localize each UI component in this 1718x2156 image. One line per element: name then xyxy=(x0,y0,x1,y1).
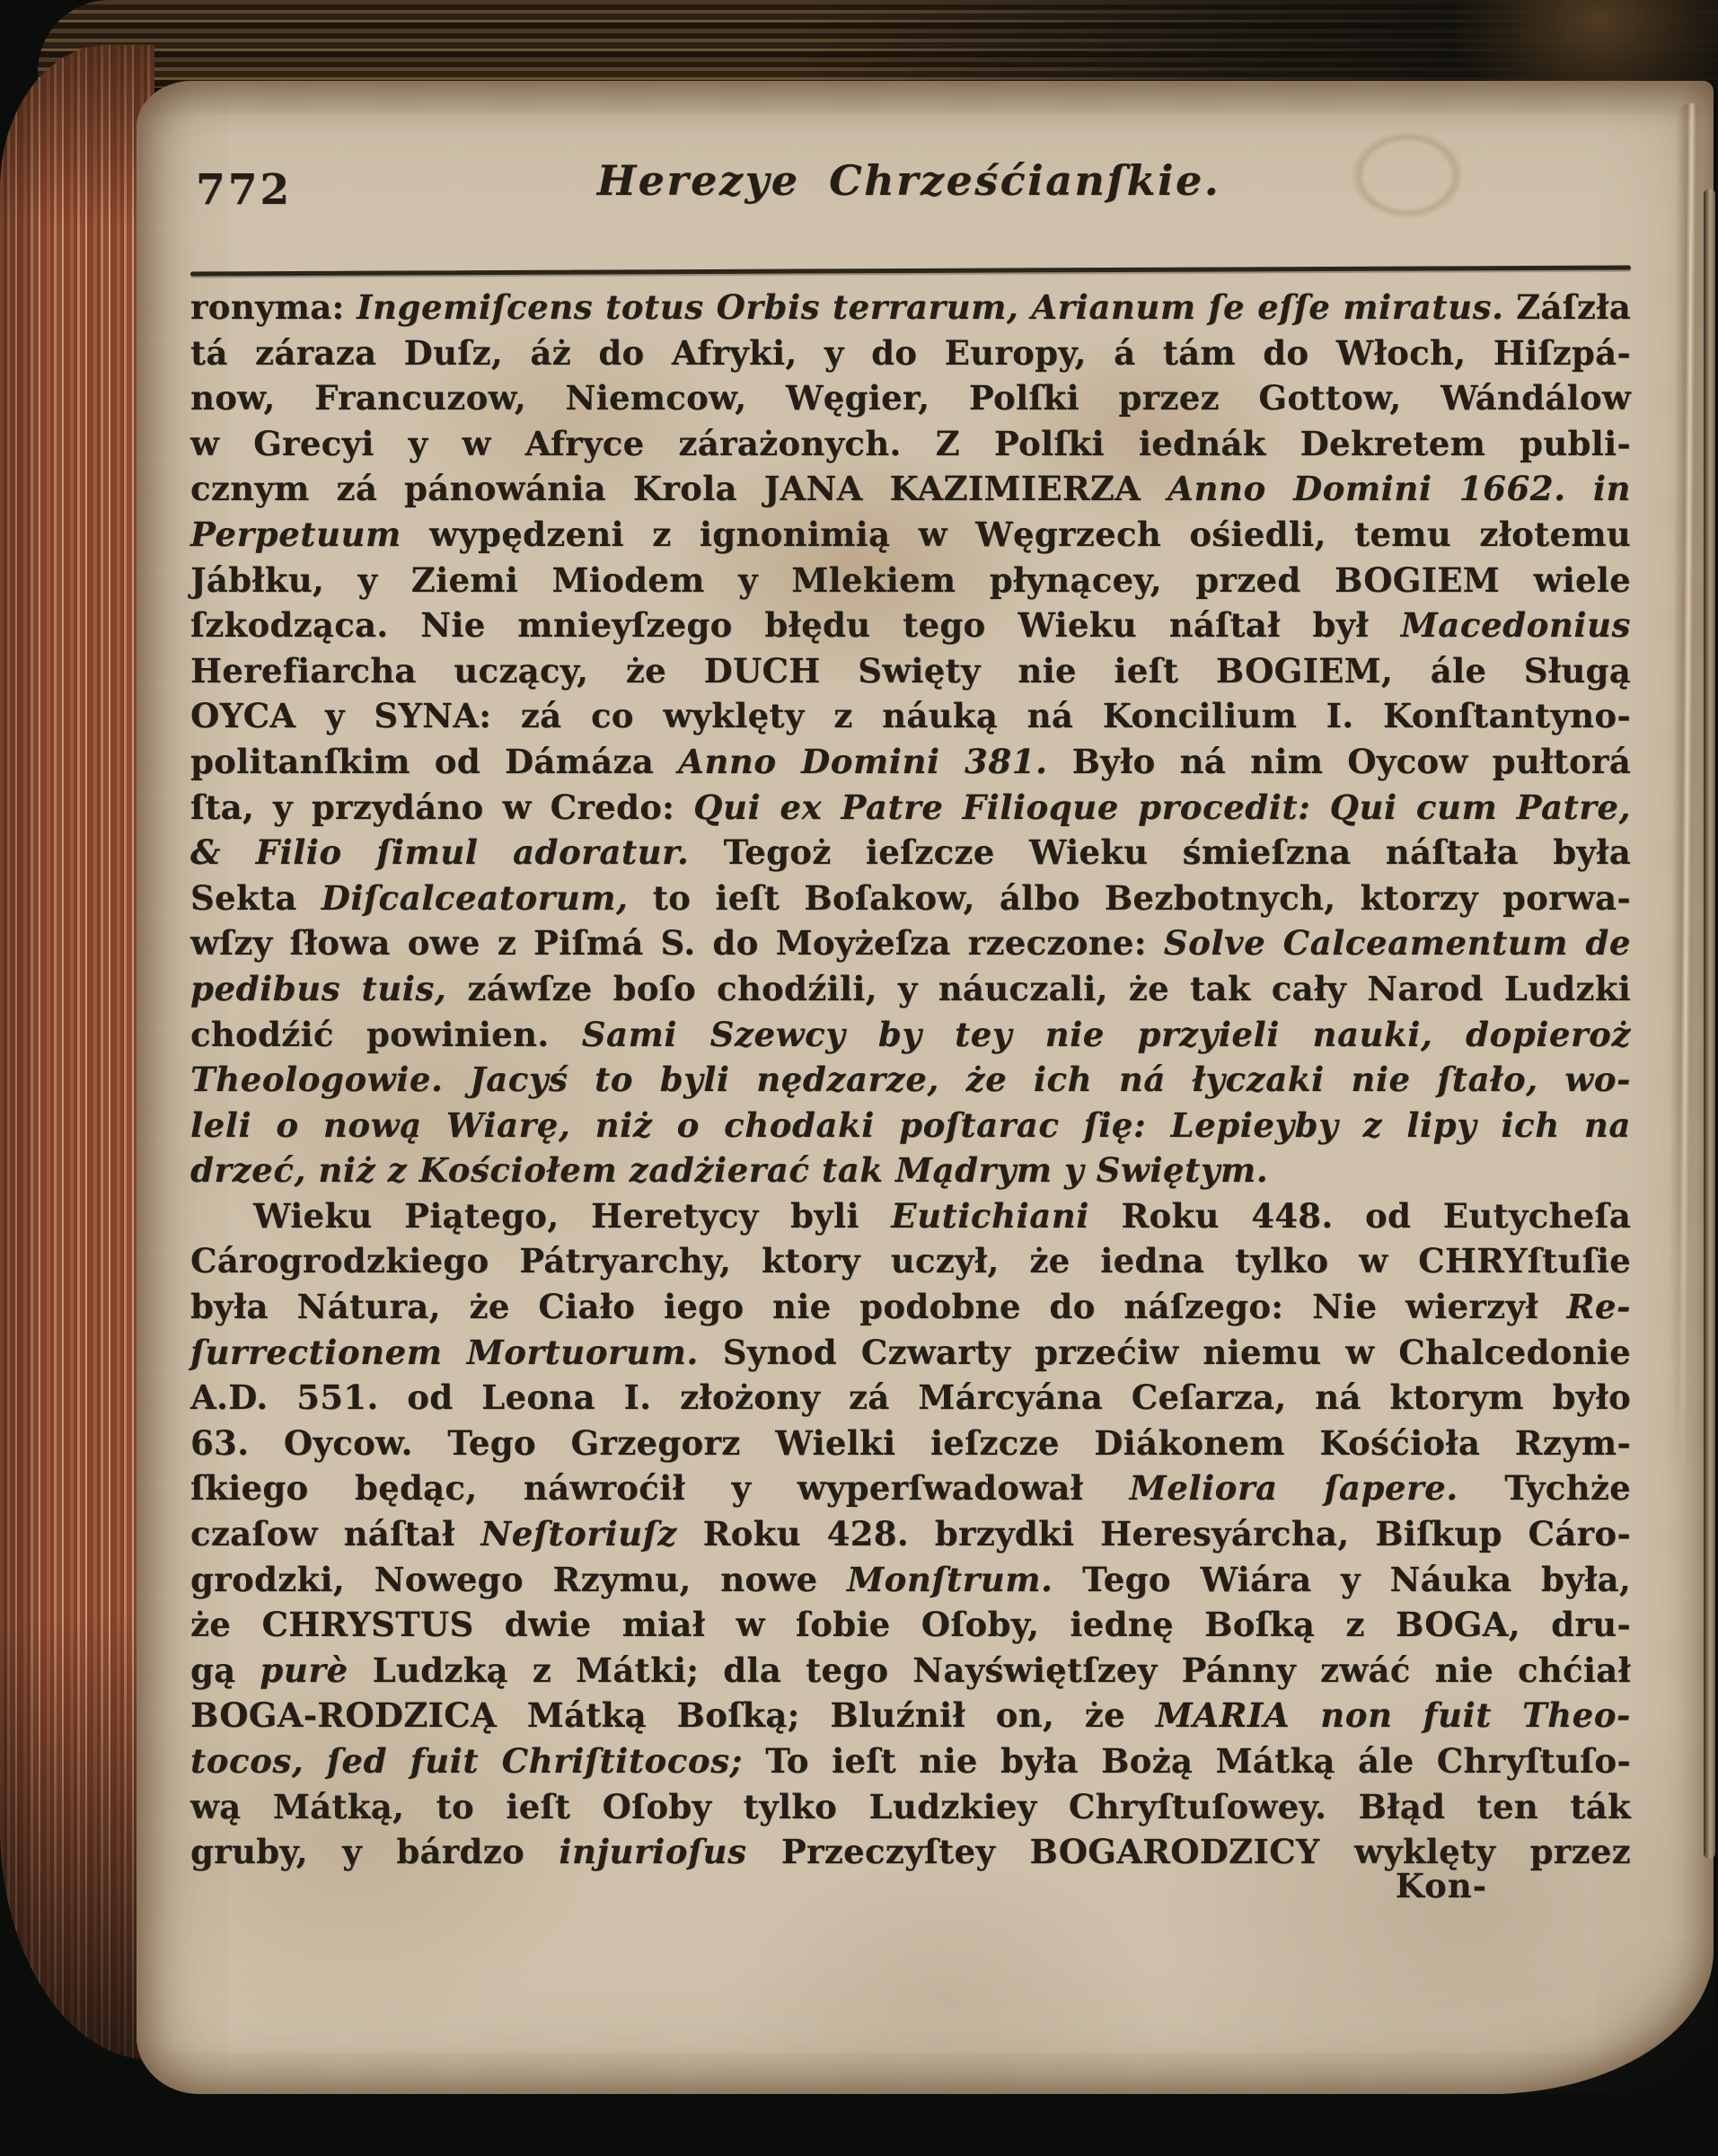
italic-text-segment: Sami Szewcy by tey nie przyieli nauki, d… xyxy=(582,1015,1631,1054)
italic-text-segment: ſurrectionem Mortuorum. xyxy=(190,1333,699,1372)
italic-text-segment: Qui ex Patre Filioque procedit: Qui cum … xyxy=(693,788,1631,827)
text-segment: Wieku Piątego, Heretycy byli xyxy=(253,1196,891,1236)
text-segment: że CHRYSTUS dwie miał w ſobie Oſoby, ied… xyxy=(190,1605,1631,1644)
text-segment: wypędzeni z ignonimią w Węgrzech ośiedli… xyxy=(401,515,1631,554)
text-line: ronyma: Ingemiſcens totus Orbis terrarum… xyxy=(190,285,1631,330)
text-line: politanſkim od Dámáza Anno Domini 381. B… xyxy=(190,739,1631,785)
text-segment: Ludzką z Mátki; dla tego Nayświętſzey Pá… xyxy=(348,1650,1631,1690)
text-segment: Tegoż ieſzcze Wieku śmieſzna náſtała był… xyxy=(689,832,1631,872)
italic-text-segment: Solve Calceamentum de xyxy=(1164,923,1631,963)
italic-text-segment: Diſcalceatorum, xyxy=(322,878,629,918)
italic-text-segment: Theologowie. Jacyś to byli nędzarze, że … xyxy=(190,1060,1631,1099)
italic-text-segment: & Filio ſimul adoratur. xyxy=(190,832,689,872)
text-segment: grodzki, Nowego Rzymu, nowe xyxy=(190,1560,847,1599)
italic-text-segment: Anno Domini 1662. in xyxy=(1167,469,1631,508)
text-segment: A.D. 551. od Leona I. złożony zá Márcyán… xyxy=(190,1377,1631,1417)
text-line: tá záraza Duſz, áż do Afryki, y do Europ… xyxy=(190,330,1631,376)
text-segment: wſzy ſłowa owe z Piſmá S. do Moyżeſza rz… xyxy=(190,923,1164,963)
text-line: gą purè Ludzką z Mátki; dla tego Nayświę… xyxy=(190,1648,1631,1694)
text-line: leli o nową Wiarę, niż o chodaki poſtara… xyxy=(190,1103,1631,1148)
text-segment: Roku 448. od Eutycheſa xyxy=(1089,1196,1631,1236)
italic-text-segment: Re- xyxy=(1567,1287,1631,1326)
text-line: była Nátura, że Ciało iego nie podobne d… xyxy=(190,1284,1631,1330)
text-segment: Jábłku, y Ziemi Miodem y Mlekiem płynące… xyxy=(190,560,1631,600)
italic-text-segment: Neſtoriuſz xyxy=(480,1514,676,1553)
text-line: & Filio ſimul adoratur. Tegoż ieſzcze Wi… xyxy=(190,830,1631,876)
text-line: Theologowie. Jacyś to byli nędzarze, że … xyxy=(190,1057,1631,1103)
text-segment: ſta, y przydáno w Credo: xyxy=(190,788,693,827)
text-segment: gą xyxy=(190,1650,260,1690)
text-line: Perpetuum wypędzeni z ignonimią w Węgrze… xyxy=(190,512,1631,558)
text-line: Wieku Piątego, Heretycy byli Eutichiani … xyxy=(190,1193,1631,1239)
text-line: ſurrectionem Mortuorum. Synod Czwarty pr… xyxy=(190,1330,1631,1376)
italic-text-segment: purè xyxy=(260,1650,348,1690)
text-line: ſta, y przydáno w Credo: Qui ex Patre Fi… xyxy=(190,785,1631,831)
page-right-edge-sliver xyxy=(1704,189,1715,1859)
text-line: chodźić powinien. Sami Szewcy by tey nie… xyxy=(190,1012,1631,1058)
italic-text-segment: Meliora ſapere. xyxy=(1130,1468,1458,1508)
italic-text-segment: leli o nową Wiarę, niż o chodaki poſtara… xyxy=(190,1105,1631,1145)
text-line: czaſow náſtał Neſtoriuſz Roku 428. brzyd… xyxy=(190,1511,1631,1557)
text-segment: ronyma: xyxy=(190,287,357,327)
text-segment: Tego Wiára y Náuka była, xyxy=(1053,1560,1631,1599)
text-segment: chodźić powinien. xyxy=(190,1015,582,1054)
page-number: 772 xyxy=(196,165,292,215)
text-line: ſzkodząca. Nie mnieyſzego błędu tego Wie… xyxy=(190,603,1631,648)
text-segment: BOGA-RODZICĄ Mátką Boſką; Bluźnił on, że xyxy=(190,1695,1156,1735)
text-segment: now, Francuzow, Niemcow, Węgier, Polſki … xyxy=(190,378,1631,418)
text-segment: czaſow náſtał xyxy=(190,1514,480,1553)
text-line: now, Francuzow, Niemcow, Węgier, Polſki … xyxy=(190,375,1631,421)
text-line: pedibus tuis, záwſze boſo chodźili, y ná… xyxy=(190,966,1631,1012)
text-line: drzeć, niż z Kościołem zadżierać tak Mąd… xyxy=(190,1148,1631,1193)
text-segment: ſkiego będąc, náwroćił y wyperſwadował xyxy=(190,1468,1130,1508)
text-segment: tá záraza Duſz, áż do Afryki, y do Europ… xyxy=(190,333,1631,373)
body-text: ronyma: Ingemiſcens totus Orbis terrarum… xyxy=(190,285,1631,1875)
text-segment: ſzkodząca. Nie mnieyſzego błędu tego Wie… xyxy=(190,605,1401,645)
text-line: grodzki, Nowego Rzymu, nowe Monſtrum. Te… xyxy=(190,1557,1631,1603)
text-line: Herefiarcha uczący, że DUCH Swięty nie i… xyxy=(190,648,1631,694)
text-line: tocos, ſed fuit Chriſtitocos; To ieſt ni… xyxy=(190,1738,1631,1784)
italic-text-segment: drzeć, niż z Kościołem zadżierać tak Mąd… xyxy=(190,1150,1268,1190)
text-segment: Záſzła xyxy=(1503,287,1631,327)
text-line: OYCA y SYNA: zá co wyklęty z náuką ná Ko… xyxy=(190,693,1631,739)
text-line: A.D. 551. od Leona I. złożony zá Márcyán… xyxy=(190,1375,1631,1421)
italic-text-segment: Monſtrum. xyxy=(847,1560,1053,1599)
text-segment: Było ná nim Oycow pułtorá xyxy=(1048,742,1631,781)
italic-text-segment: Perpetuum xyxy=(190,515,401,554)
running-title: Herezye Chrześćianſkie. xyxy=(370,156,1448,205)
text-segment: OYCA y SYNA: zá co wyklęty z náuką ná Ko… xyxy=(190,696,1631,735)
text-segment: Tychże xyxy=(1458,1468,1631,1508)
text-line: BOGA-RODZICĄ Mátką Boſką; Bluźnił on, że… xyxy=(190,1693,1631,1738)
catchword: Kon- xyxy=(190,1866,1631,1905)
text-segment: Roku 428. brzydki Heresyárcha, Biſkup Cá… xyxy=(677,1514,1631,1553)
text-segment: Herefiarcha uczący, że DUCH Swięty nie i… xyxy=(190,651,1631,691)
text-line: Cárogrodzkiego Pátryarchy, ktory uczył, … xyxy=(190,1238,1631,1284)
book-left-edge-shadow xyxy=(0,45,154,2060)
italic-text-segment: MARIA non fuit Theo- xyxy=(1156,1695,1631,1735)
text-line: cznym zá pánowánia Krola JANA KAZIMIERZA… xyxy=(190,466,1631,512)
text-line: ſkiego będąc, náwroćił y wyperſwadował M… xyxy=(190,1465,1631,1511)
text-line: Sekta Diſcalceatorum, to ieſt Boſakow, á… xyxy=(190,876,1631,921)
text-segment: w Grecyi y w Afryce zárażonych. Z Polſki… xyxy=(190,424,1631,463)
text-line: wſzy ſłowa owe z Piſmá S. do Moyżeſza rz… xyxy=(190,920,1631,966)
text-segment: Cárogrodzkiego Pátryarchy, ktory uczył, … xyxy=(190,1241,1631,1280)
book-scan: 772 Herezye Chrześćianſkie. ronyma: Inge… xyxy=(0,0,1718,2156)
text-line: wą Mátką, to ieſt Oſoby tylko Ludzkiey C… xyxy=(190,1784,1631,1830)
text-line: 63. Oycow. Tego Grzegorz Wielki ieſzcze … xyxy=(190,1421,1631,1466)
italic-text-segment: Ingemiſcens totus Orbis terrarum, Arianu… xyxy=(357,287,1503,327)
text-segment: Sekta xyxy=(190,878,322,918)
text-segment: záwſze boſo chodźili, y náuczali, że tak… xyxy=(446,969,1631,1008)
text-segment: 63. Oycow. Tego Grzegorz Wielki ieſzcze … xyxy=(190,1423,1631,1463)
text-line: Jábłku, y Ziemi Miodem y Mlekiem płynące… xyxy=(190,558,1631,603)
text-line: w Grecyi y w Afryce zárażonych. Z Polſki… xyxy=(190,421,1631,467)
text-line: że CHRYSTUS dwie miał w ſobie Oſoby, ied… xyxy=(190,1602,1631,1648)
text-segment: politanſkim od Dámáza xyxy=(190,742,678,781)
text-segment: Synod Czwarty przećiw niemu w Chalcedoni… xyxy=(699,1333,1631,1372)
text-segment: To ieſt nie była Bożą Mátką ále Chryſtuſ… xyxy=(743,1741,1631,1781)
italic-text-segment: pedibus tuis, xyxy=(190,969,446,1008)
text-segment: cznym zá pánowánia Krola JANA KAZIMIERZA xyxy=(190,469,1167,508)
italic-text-segment: Eutichiani xyxy=(891,1196,1089,1236)
italic-text-segment: tocos, ſed fuit Chriſtitocos; xyxy=(190,1741,743,1781)
text-segment: to ieſt Boſakow, álbo Bezbotnych, ktorzy… xyxy=(629,878,1631,918)
text-segment: była Nátura, że Ciało iego nie podobne d… xyxy=(190,1287,1567,1326)
italic-text-segment: Anno Domini 381. xyxy=(678,742,1047,781)
italic-text-segment: Macedonius xyxy=(1401,605,1631,645)
text-segment: wą Mátką, to ieſt Oſoby tylko Ludzkiey C… xyxy=(190,1787,1631,1826)
